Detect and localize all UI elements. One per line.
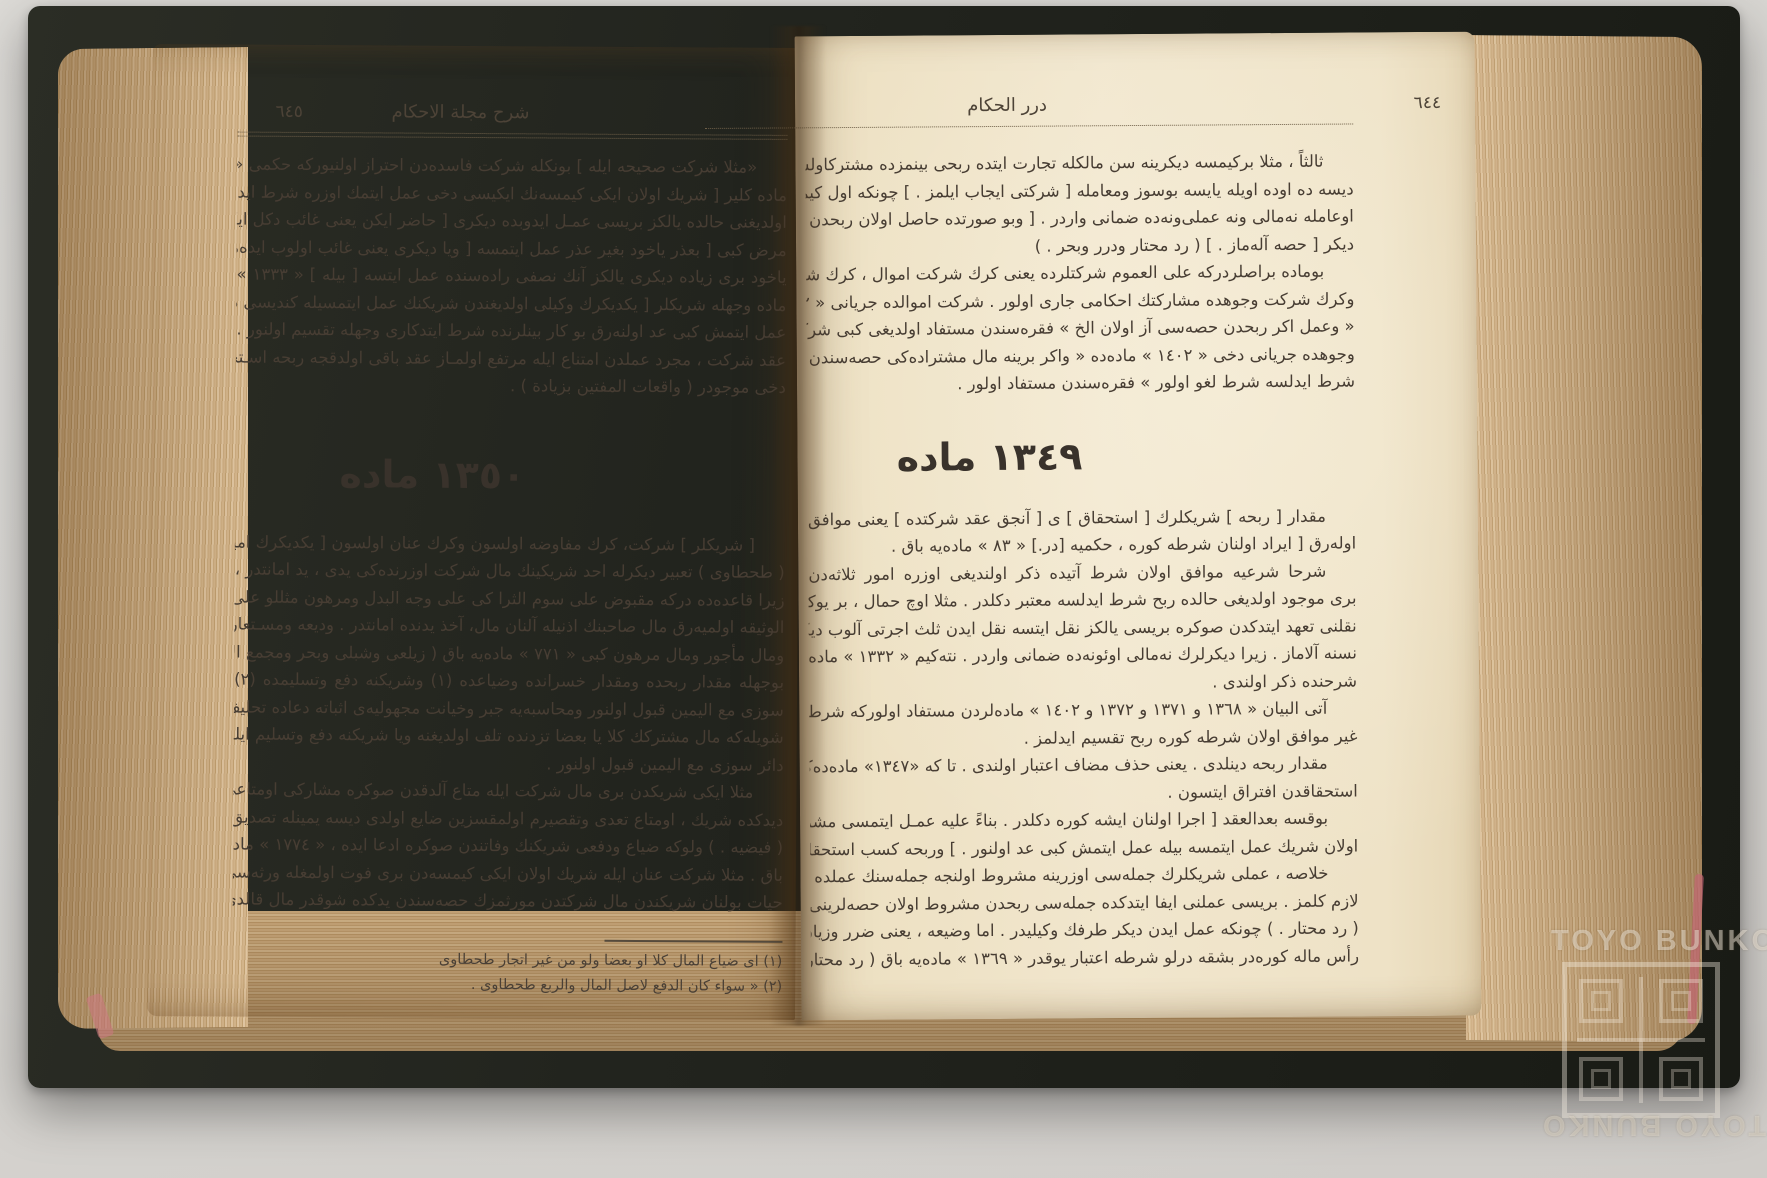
paragraph: ثالثاً ، مثلا بركيمسه ديكرينه سن مالكله … (805, 147, 1355, 398)
text-line: (٢) « سواء كان الدفع لاصل المال والربع ط… (232, 971, 782, 999)
text-line: عقد شركت ، مجرد عملدن امتناع ايله مرتفع … (236, 343, 786, 374)
text-line: وجوهده جريانى دخى « ١٤٠٢ » ماده‌ده « واك… (807, 340, 1355, 371)
seal-pattern (1659, 1057, 1703, 1101)
text-line: دائر سوزى مع اليمين قبول اولنور . (234, 748, 784, 779)
text-line: عمل ايتمش كبى عد اولنه‌رق بو كار بينلرند… (236, 316, 786, 347)
header-rule (237, 132, 787, 140)
text-line: « وعمل اكر ربحدن حصه‌سى آز اولان الخ » ف… (807, 312, 1355, 343)
right-page-header: ٦٤٤ درر الحكام (805, 88, 1353, 124)
text-line: حيات بولنان شريكندن مال شركتدن مورثمزك ح… (233, 886, 783, 917)
watermark-text-top: TOYO BUNKO (1551, 925, 1767, 958)
right-page: ٦٤٤ درر الحكام ثالثاً ، مثلا بركيمسه ديك… (795, 32, 1482, 1021)
text-line: ديكر [ حصه آله‌ماز . ] ( رد محتار ودرر و… (806, 230, 1354, 261)
page-edges-right (1466, 35, 1702, 1042)
text-line: ماده كلير [ شريك اولان ايكى كيمسه‌نك ايك… (237, 178, 787, 209)
paragraph: مقدار [ ربحه ] شريكلرك [ استحقاق ] ى [ آ… (808, 502, 1359, 973)
text-line: رأس ماله كوره‌در بشقه درلو شرطه اعتبار ي… (811, 942, 1359, 973)
text-line: ديدكده شريك ، اومتاع تعدى وتقصيرم اولمقس… (233, 803, 783, 834)
text-line: بوقسه بعدالعقد [ اجرا اولنان ايشه كوره د… (810, 804, 1358, 835)
text-line: وكرك شركت وجوهده مشاركتك احكامى جارى اول… (806, 285, 1354, 316)
running-title: درر الحكام (967, 95, 1047, 117)
text-line: خلاصه ، عملى شريكلرك جمله‌سى اوزرينه مشر… (810, 859, 1358, 890)
toyo-bunko-seal-icon (1562, 962, 1720, 1118)
text-line: (١) اى ضياع المال كلا او بعضا ولو من غير… (232, 946, 782, 974)
page-number: ٦٤٤ (1414, 88, 1442, 118)
text-line: الوثيقه اولميه‌رق مال صاحبنك اذنيله آلنا… (234, 611, 784, 642)
text-line: اولان شريك عمل ايتمسه بيله عمل ايتمش كبى… (810, 832, 1358, 863)
paragraph: [ شريكلر ] شركت، كرك مفاوضه اولسون وكرك … (233, 528, 785, 916)
text-line: بوجهله مقدار ربحده ومقدار خسرانده وضياعد… (234, 666, 784, 697)
book: ٦٤٥ شرح مجلة الاحكام «مثلا شركت صحيحه اي… (28, 6, 1740, 1088)
text-line: شرحنده ذكر اولندى . (809, 667, 1357, 698)
photo-background: ٦٤٥ شرح مجلة الاحكام «مثلا شركت صحيحه اي… (0, 0, 1767, 1178)
text-line: ومال مأجور ومال مرهون كبى « ٧٧١ » ماده‌ي… (234, 638, 784, 669)
text-line: ( فيضيه . ) ولوكه ضياع ودفعى شريكنك وفات… (233, 831, 783, 862)
text-line: [ شريكلر ] شركت، كرك مفاوضه اولسون وكرك … (235, 528, 785, 559)
text-line: مثلا ايكى شريكدن برى مال شركت ايله متاع … (233, 776, 783, 807)
seal-pattern (1659, 979, 1703, 1023)
gutter-shadow (770, 26, 826, 1026)
text-line: اولديغنى حالده يالكز بريسى عمـل ايدوبده … (237, 206, 787, 237)
text-line: برى موجود اولديغى حالده ربح شرط ايدلسه م… (808, 584, 1356, 615)
text-line: مقدار [ ربحه ] شريكلرك [ استحقاق ] ى [ آ… (808, 502, 1356, 533)
text-line: باق . مثلا شركت عنان ايله شريك اولان ايك… (233, 858, 783, 889)
page-number: ٦٤٥ (275, 97, 303, 127)
text-line: نسنه آلاماز . زيرا ديكرلرك نه‌مالى اوئون… (809, 639, 1357, 670)
text-line: «مثلا شركت صحيحه ايله ] بونكله شركت فاسد… (237, 151, 787, 182)
text-line: ( طحطاوى ) تعبير ديكرله احد شريكينك مال … (235, 556, 785, 587)
text-line: لازم كلمز . بريسى عملنى ايفا ايتدكده جمل… (811, 887, 1359, 918)
text-line: ياخود برى زياده ديكرى يالكز آنك نصفى راد… (236, 261, 786, 292)
watermark-text-bottom: TOYO BUNKO (1546, 1108, 1766, 1141)
text-line: ثالثاً ، مثلا بركيمسه ديكرينه سن مالكله … (805, 147, 1353, 178)
text-line: شويله‌كه مال مشتركك كلا يا بعضا تزدنده ت… (234, 721, 784, 752)
text-line: مرض كبى [ بعذر ياخود بغير عذر عمل ايتمسه… (237, 233, 787, 264)
left-page: ٦٤٥ شرح مجلة الاحكام «مثلا شركت صحيحه اي… (147, 44, 801, 1020)
text-line: اوله‌رق [ ايراد اولنان شرطه كوره ، حكميه… (808, 529, 1356, 560)
text-line: مقدار ربحه دينلدى . يعنى حذف مضاف اعتبار… (810, 749, 1358, 780)
seal-pattern (1579, 1057, 1623, 1101)
text-line: شرط ايدلسه شرط لغو اولور » فقره‌سندن مست… (807, 367, 1355, 398)
text-line: زيرا قاعده‌ده دركه مقبوض على سوم الثرا ك… (235, 583, 785, 614)
text-line: دخى موجودر ( واقعات المفتين بزيادة ) . (236, 371, 786, 402)
text-line: استحقاقدن افتراق ايتسون . (810, 777, 1358, 808)
article-heading-1350: ١٣٥٠ ماده (157, 442, 707, 507)
text-line: نقلنى تعهد ايتدكدن صوكره بريسى يالكز نقل… (809, 612, 1357, 643)
footnotes: (١) اى ضياع المال كلا او بعضا ولو من غير… (232, 946, 782, 999)
text-line: سوزى مع اليمين قبول اولنور ومحاسبه‌يه جب… (234, 693, 784, 724)
footnote-rule (605, 939, 783, 942)
seal-pattern (1579, 979, 1623, 1023)
text-line: اوعامله نه‌مالى ونه عملى‌ونه‌ده ضمانى وا… (806, 202, 1354, 233)
text-line: غير موافق اولان شرطه كوره ربح تقسيم ايدل… (809, 722, 1357, 753)
right-page-text-column: ٦٤٤ درر الحكام ثالثاً ، مثلا بركيمسه ديك… (805, 88, 1359, 973)
text-line: ماده وجهله شريكلر [ يكديكرك وكيلى اولديغ… (236, 288, 786, 319)
left-page-text-column: ٦٤٥ شرح مجلة الاحكام «مثلا شركت صحيحه اي… (232, 97, 787, 1000)
text-line: بوماده براصلردركه على العموم شركتلرده يع… (806, 257, 1354, 288)
paragraph: «مثلا شركت صحيحه ايله ] بونكله شركت فاسد… (236, 151, 788, 402)
text-line: آتى البيان « ١٣٦٨ و ١٣٧١ و ١٣٧٢ و ١٤٠٢ »… (809, 694, 1357, 725)
text-line: ( رد محتار . ) چونكه عمل ايدن ديكر طرفك … (811, 914, 1359, 945)
text-line: شرحا شرعيه موافق اولان شرط آتيده ذكر اول… (808, 557, 1356, 588)
left-page-header: ٦٤٥ شرح مجلة الاحكام (237, 97, 787, 132)
running-title: شرح مجلة الاحكام (392, 101, 530, 123)
text-line: ديسه ده اوده اويله يايسه بوسوز ومعامله [… (806, 175, 1354, 206)
seal-pattern (1577, 1038, 1704, 1042)
